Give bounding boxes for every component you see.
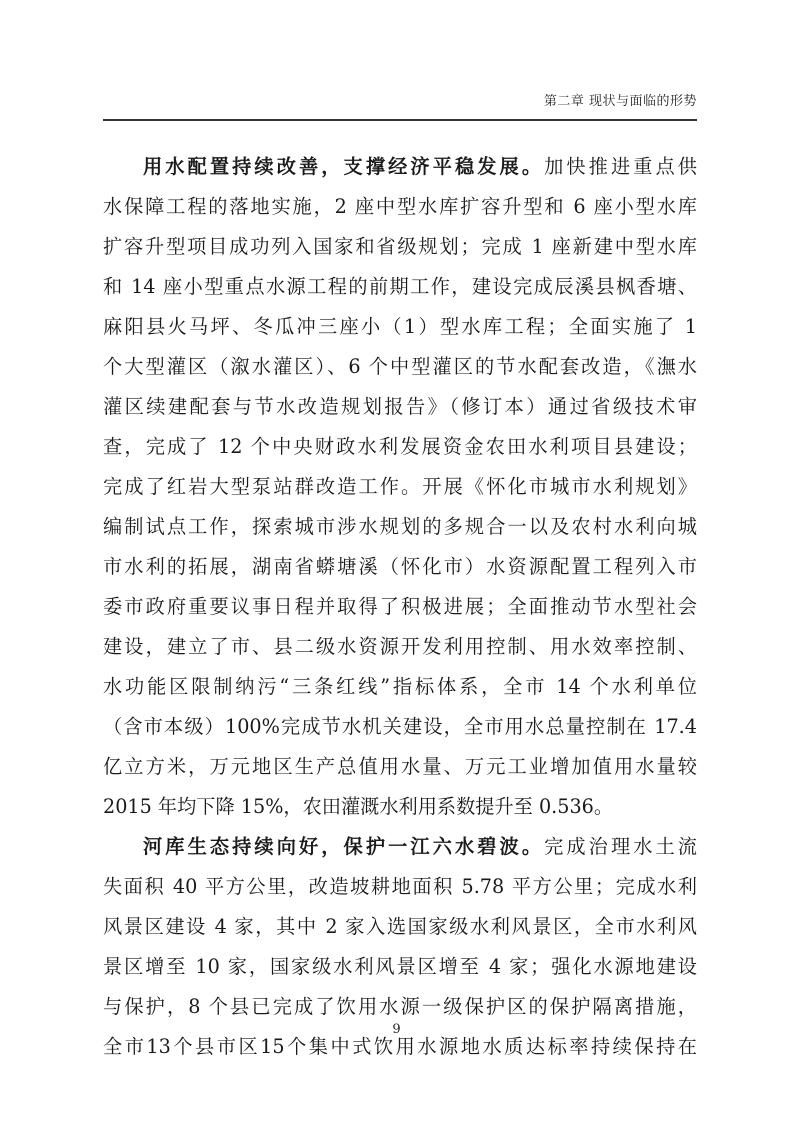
paragraph-1-line-1: 用水配置持续改善，支撑经济平稳发展。加快推进重点供: [103, 147, 697, 187]
paragraph-1-heading: 用水配置持续改善，支撑经济平稳发展。: [143, 155, 544, 178]
text-line: 景区增至 10 家，国家级水利风景区增至 4 家；强化水源地建设: [103, 947, 697, 987]
header-divider: [103, 119, 697, 121]
text-line: 和 14 座小型重点水源工程的前期工作，建设完成辰溪县枫香塘、: [103, 267, 697, 307]
text-line: 完成了红岩大型泵站群改造工作。开展《怀化市城市水利规划》: [103, 467, 697, 507]
text-line: 编制试点工作，探索城市涉水规划的多规合一以及农村水利向城: [103, 507, 697, 547]
text-line: 2015 年均下降 15%，农田灌溉水利用系数提升至 0.536。: [103, 787, 697, 827]
chapter-title: 第二章 现状与面临的形势: [544, 90, 697, 109]
text-line: 亿立方米，万元地区生产总值用水量、万元工业增加值用水量较: [103, 747, 697, 787]
paragraph-2-text: 完成治理水土流: [544, 835, 697, 858]
text-line: 灌区续建配套与节水改造规划报告》（修订本）通过省级技术审: [103, 387, 697, 427]
text-line: 风景区建设 4 家，其中 2 家入选国家级水利风景区，全市水利风: [103, 907, 697, 947]
text-line: （含市本级）100%完成节水机关建设，全市用水总量控制在 17.4: [103, 707, 697, 747]
paragraph-1-text: 加快推进重点供: [544, 155, 697, 178]
text-line: 扩容升型项目成功列入国家和省级规划；完成 1 座新建中型水库: [103, 227, 697, 267]
text-line: 个大型灌区（溆水灌区）、6 个中型灌区的节水配套改造，《潕水: [103, 347, 697, 387]
page-number: 9: [0, 1022, 793, 1037]
text-line: 查，完成了 12 个中央财政水利发展资金农田水利项目县建设；: [103, 427, 697, 467]
text-line: 水保障工程的落地实施，2 座中型水库扩容升型和 6 座小型水库: [103, 187, 697, 227]
paragraph-2-line-1: 河库生态持续向好，保护一江六水碧波。完成治理水土流: [103, 827, 697, 867]
text-line: 水功能区限制纳污“三条红线”指标体系，全市 14 个水利单位: [103, 667, 697, 707]
text-line: 麻阳县火马坪、冬瓜冲三座小（1）型水库工程；全面实施了 1: [103, 307, 697, 347]
text-line: 建设，建立了市、县二级水资源开发利用控制、用水效率控制、: [103, 627, 697, 667]
text-line: 失面积 40 平方公里，改造坡耕地面积 5.78 平方公里；完成水利: [103, 867, 697, 907]
text-line: 与保护，8 个县已完成了饮用水源一级保护区的保护隔离措施，: [103, 987, 697, 1027]
text-line: 委市政府重要议事日程并取得了积极进展；全面推动节水型社会: [103, 587, 697, 627]
text-line: 市水利的拓展，湖南省蟒塘溪（怀化市）水资源配置工程列入市: [103, 547, 697, 587]
document-body: 用水配置持续改善，支撑经济平稳发展。加快推进重点供 水保障工程的落地实施，2 座…: [103, 147, 697, 1067]
paragraph-2-heading: 河库生态持续向好，保护一江六水碧波。: [143, 835, 544, 858]
